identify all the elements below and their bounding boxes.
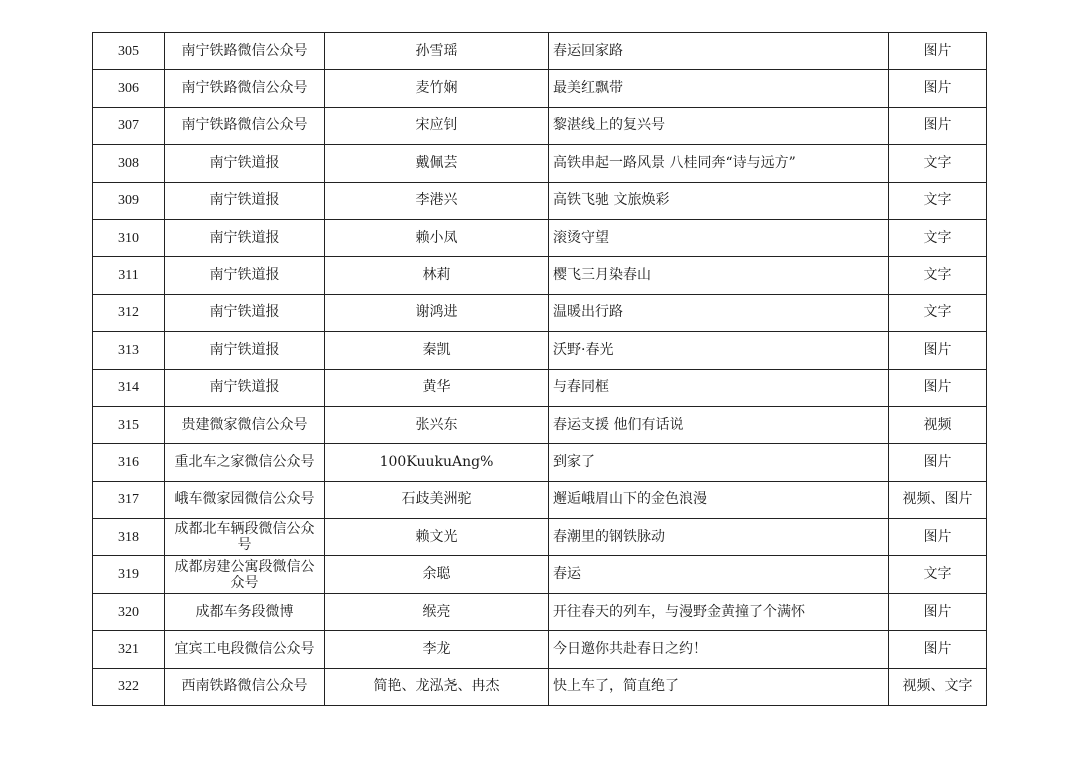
row-number-cell: 309: [93, 182, 165, 219]
row-number-cell: 322: [93, 668, 165, 705]
title-cell: 沃野·春光: [549, 332, 889, 369]
author-cell: 石歧美洲驼: [325, 481, 549, 518]
title-cell: 春运回家路: [549, 33, 889, 70]
author-cell: 李龙: [325, 631, 549, 668]
row-number-cell: 310: [93, 219, 165, 256]
table-row: 322西南铁路微信公众号简艳、龙泓尧、冉杰快上车了，简直绝了视频、文字: [93, 668, 987, 705]
source-cell: 贵建微家微信公众号: [165, 406, 325, 443]
table-row: 308南宁铁道报戴佩芸高铁串起一路风景 八桂同奔“诗与远方”文字: [93, 145, 987, 182]
works-table: 305南宁铁路微信公众号孙雪瑶春运回家路图片306南宁铁路微信公众号麦竹娴最美红…: [92, 32, 987, 706]
title-cell: 开往春天的列车，与漫野金黄撞了个满怀: [549, 593, 889, 630]
row-number-cell: 316: [93, 444, 165, 481]
author-cell: 谢鸿进: [325, 294, 549, 331]
type-cell: 文字: [889, 219, 987, 256]
table-row: 315贵建微家微信公众号张兴东春运支援 他们有话说视频: [93, 406, 987, 443]
source-cell: 南宁铁道报: [165, 219, 325, 256]
table-row: 309南宁铁道报李港兴高铁飞驰 文旅焕彩文字: [93, 182, 987, 219]
author-cell: 缑亮: [325, 593, 549, 630]
title-cell: 到家了: [549, 444, 889, 481]
table-row: 319成都房建公寓段微信公众号余聪春运文字: [93, 556, 987, 593]
type-cell: 视频: [889, 406, 987, 443]
table-row: 306南宁铁路微信公众号麦竹娴最美红飘带图片: [93, 70, 987, 107]
title-cell: 春运: [549, 556, 889, 593]
row-number-cell: 313: [93, 332, 165, 369]
type-cell: 文字: [889, 257, 987, 294]
title-cell: 春潮里的钢铁脉动: [549, 519, 889, 556]
table-body: 305南宁铁路微信公众号孙雪瑶春运回家路图片306南宁铁路微信公众号麦竹娴最美红…: [93, 33, 987, 706]
type-cell: 文字: [889, 294, 987, 331]
type-cell: 视频、图片: [889, 481, 987, 518]
row-number-cell: 317: [93, 481, 165, 518]
title-cell: 今日邀你共赴春日之约！: [549, 631, 889, 668]
type-cell: 图片: [889, 107, 987, 144]
title-cell: 高铁飞驰 文旅焕彩: [549, 182, 889, 219]
title-cell: 邂逅峨眉山下的金色浪漫: [549, 481, 889, 518]
title-cell: 最美红飘带: [549, 70, 889, 107]
title-cell: 温暖出行路: [549, 294, 889, 331]
source-cell: 南宁铁道报: [165, 182, 325, 219]
title-cell: 樱飞三月染春山: [549, 257, 889, 294]
table-row: 312南宁铁道报谢鸿进温暖出行路文字: [93, 294, 987, 331]
source-cell: 峨车微家园微信公众号: [165, 481, 325, 518]
author-cell: 戴佩芸: [325, 145, 549, 182]
title-cell: 快上车了，简直绝了: [549, 668, 889, 705]
row-number-cell: 318: [93, 519, 165, 556]
author-cell: 简艳、龙泓尧、冉杰: [325, 668, 549, 705]
source-cell: 南宁铁路微信公众号: [165, 33, 325, 70]
type-cell: 图片: [889, 70, 987, 107]
type-cell: 视频、文字: [889, 668, 987, 705]
table-row: 310南宁铁道报赖小凤滚烫守望文字: [93, 219, 987, 256]
author-cell: 赖小凤: [325, 219, 549, 256]
source-cell: 西南铁路微信公众号: [165, 668, 325, 705]
author-cell: 余聪: [325, 556, 549, 593]
author-cell: 张兴东: [325, 406, 549, 443]
row-number-cell: 305: [93, 33, 165, 70]
table-row: 314南宁铁道报黄华与春同框图片: [93, 369, 987, 406]
type-cell: 文字: [889, 182, 987, 219]
author-cell: 秦凯: [325, 332, 549, 369]
row-number-cell: 319: [93, 556, 165, 593]
row-number-cell: 306: [93, 70, 165, 107]
source-cell: 南宁铁道报: [165, 257, 325, 294]
table-row: 311南宁铁道报林莉樱飞三月染春山文字: [93, 257, 987, 294]
title-cell: 滚烫守望: [549, 219, 889, 256]
row-number-cell: 315: [93, 406, 165, 443]
source-cell: 南宁铁道报: [165, 332, 325, 369]
row-number-cell: 320: [93, 593, 165, 630]
author-cell: 麦竹娴: [325, 70, 549, 107]
type-cell: 图片: [889, 631, 987, 668]
row-number-cell: 312: [93, 294, 165, 331]
title-cell: 春运支援 他们有话说: [549, 406, 889, 443]
type-cell: 图片: [889, 593, 987, 630]
title-cell: 与春同框: [549, 369, 889, 406]
type-cell: 图片: [889, 444, 987, 481]
row-number-cell: 307: [93, 107, 165, 144]
table-row: 320成都车务段微博缑亮开往春天的列车，与漫野金黄撞了个满怀图片: [93, 593, 987, 630]
author-cell: 李港兴: [325, 182, 549, 219]
author-cell: 孙雪瑶: [325, 33, 549, 70]
title-cell: 高铁串起一路风景 八桂同奔“诗与远方”: [549, 145, 889, 182]
author-cell: 宋应钊: [325, 107, 549, 144]
table-row: 316重北车之家微信公众号100KuukuAng%到家了图片: [93, 444, 987, 481]
source-cell: 南宁铁路微信公众号: [165, 107, 325, 144]
type-cell: 文字: [889, 556, 987, 593]
title-cell: 黎湛线上的复兴号: [549, 107, 889, 144]
table-row: 313南宁铁道报秦凯沃野·春光图片: [93, 332, 987, 369]
author-cell: 林莉: [325, 257, 549, 294]
source-cell: 重北车之家微信公众号: [165, 444, 325, 481]
type-cell: 图片: [889, 519, 987, 556]
type-cell: 图片: [889, 33, 987, 70]
type-cell: 文字: [889, 145, 987, 182]
source-cell: 南宁铁道报: [165, 145, 325, 182]
document-page: 305南宁铁路微信公众号孙雪瑶春运回家路图片306南宁铁路微信公众号麦竹娴最美红…: [92, 32, 986, 706]
author-cell: 赖文光: [325, 519, 549, 556]
table-row: 317峨车微家园微信公众号石歧美洲驼邂逅峨眉山下的金色浪漫视频、图片: [93, 481, 987, 518]
row-number-cell: 308: [93, 145, 165, 182]
table-row: 318成都北车辆段微信公众号赖文光春潮里的钢铁脉动图片: [93, 519, 987, 556]
author-cell: 100KuukuAng%: [325, 444, 549, 481]
source-cell: 成都房建公寓段微信公众号: [165, 556, 325, 593]
source-cell: 成都车务段微博: [165, 593, 325, 630]
author-cell: 黄华: [325, 369, 549, 406]
source-cell: 南宁铁道报: [165, 294, 325, 331]
row-number-cell: 311: [93, 257, 165, 294]
source-cell: 成都北车辆段微信公众号: [165, 519, 325, 556]
source-cell: 南宁铁路微信公众号: [165, 70, 325, 107]
row-number-cell: 321: [93, 631, 165, 668]
row-number-cell: 314: [93, 369, 165, 406]
table-row: 321宜宾工电段微信公众号李龙今日邀你共赴春日之约！图片: [93, 631, 987, 668]
type-cell: 图片: [889, 369, 987, 406]
source-cell: 宜宾工电段微信公众号: [165, 631, 325, 668]
source-cell: 南宁铁道报: [165, 369, 325, 406]
type-cell: 图片: [889, 332, 987, 369]
table-row: 305南宁铁路微信公众号孙雪瑶春运回家路图片: [93, 33, 987, 70]
table-row: 307南宁铁路微信公众号宋应钊黎湛线上的复兴号图片: [93, 107, 987, 144]
